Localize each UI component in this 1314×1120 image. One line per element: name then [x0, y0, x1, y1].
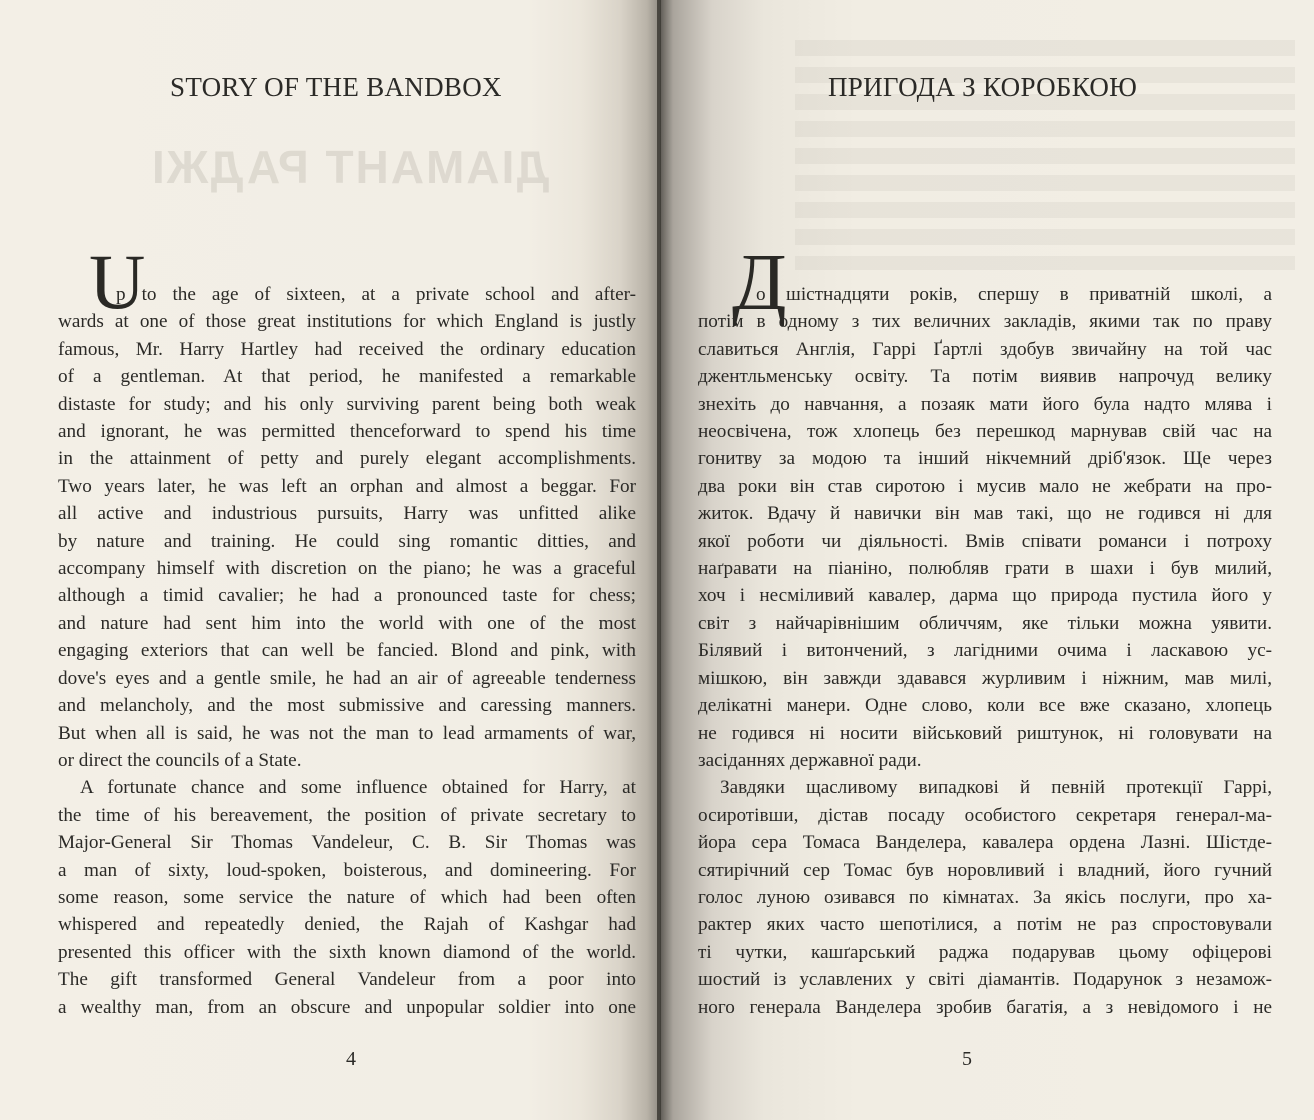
text-line: хоч і несміливий кавалер, дарма що приро…: [698, 582, 1272, 609]
book-spread: ДІАМАНТ РАДЖІ STORY OF THE BANDBOX U p t…: [0, 0, 1314, 1120]
text-line: славиться Англія, Гаррі Ґартлі здобув зв…: [698, 336, 1272, 363]
text-line: якої роботи чи діяльності. Вмів співати …: [698, 528, 1272, 555]
text-line: о шістнадцяти років, спершу в приватній …: [698, 281, 1272, 308]
text-line: engaging exteriors that can well be fanc…: [58, 637, 636, 664]
text-line: and ignorant, he was permitted thencefor…: [58, 418, 636, 445]
text-line: мішкою, він завжди здавався журливим і н…: [698, 665, 1272, 692]
text-line: шостий із уславлених у світі діамантів. …: [698, 966, 1272, 993]
text-line: Major-General Sir Thomas Vandeleur, C. B…: [58, 829, 636, 856]
text-line: of a gentleman. At that period, he manif…: [58, 363, 636, 390]
text-line: although a timid cavalier; he had a pron…: [58, 582, 636, 609]
text-line: accompany himself with discretion on the…: [58, 555, 636, 582]
text-line: неосвічена, тож хлопець без перешкод мар…: [698, 418, 1272, 445]
text-line: ті чутки, кашґарський раджа подарував ць…: [698, 939, 1272, 966]
page-number-left: 4: [346, 1048, 356, 1071]
text-line: in the attainment of petty and purely el…: [58, 445, 636, 472]
text-line: Two years later, he was left an orphan a…: [58, 473, 636, 500]
text-line: wards at one of those great institutions…: [58, 308, 636, 335]
text-line: dove's eyes and a gentle smile, he had a…: [58, 665, 636, 692]
text-line: all active and industrious pursuits, Har…: [58, 500, 636, 527]
book-gutter: [657, 0, 661, 1120]
text-line: потім в одному з тих величних закладів, …: [698, 308, 1272, 335]
text-line: and nature had sent him into the world w…: [58, 610, 636, 637]
bleed-through-title: ДІАМАНТ РАДЖІ: [150, 140, 549, 194]
text-line: ного генерала Ванделера зробив багатія, …: [698, 994, 1272, 1021]
text-line: Завдяки щасливому випадкові й певній про…: [698, 774, 1272, 801]
text-line: A fortunate chance and some influence ob…: [58, 774, 636, 801]
text-line: The gift transformed General Vandeleur f…: [58, 966, 636, 993]
text-line: делікатні манери. Одне слово, коли все в…: [698, 692, 1272, 719]
text-line: світ з найчарівнішим обличчям, яке тільк…: [698, 610, 1272, 637]
text-line: засіданнях державної ради.: [698, 747, 1272, 774]
text-line: p to the age of sixteen, at a private sc…: [58, 281, 636, 308]
text-line: житок. Вдачу й навички він мав такі, що …: [698, 500, 1272, 527]
text-line: But when all is said, he was not the man…: [58, 720, 636, 747]
text-line: the time of his bereavement, the positio…: [58, 802, 636, 829]
text-line: and melancholy, and the most submissive …: [58, 692, 636, 719]
text-line: джентльменську освіту. Та потім виявив н…: [698, 363, 1272, 390]
text-line: йора сера Томаса Ванделера, кавалера орд…: [698, 829, 1272, 856]
page-number-right: 5: [962, 1048, 972, 1071]
text-line: a man of sixty, loud-spoken, boisterous,…: [58, 857, 636, 884]
left-page: ДІАМАНТ РАДЖІ STORY OF THE BANDBOX U p t…: [0, 0, 660, 1120]
text-line: два роки він став сиротою і мусив мало н…: [698, 473, 1272, 500]
text-line: distaste for study; and his only survivi…: [58, 391, 636, 418]
text-line: famous, Mr. Harry Hartley had received t…: [58, 336, 636, 363]
text-line: наґравати на піаніно, полюбляв грати в ш…: [698, 555, 1272, 582]
page-title-english: STORY OF THE BANDBOX: [170, 72, 502, 103]
text-line: рактер яких часто шепотілися, а потім не…: [698, 911, 1272, 938]
text-line: гонитву за модою та інший нікчемний дріб…: [698, 445, 1272, 472]
text-line: Білявий і витончений, з лагідними очима …: [698, 637, 1272, 664]
text-line: голос луною озивався по кімнатах. За які…: [698, 884, 1272, 911]
text-line: by nature and training. He could sing ro…: [58, 528, 636, 555]
text-line: знехіть до навчання, а позаяк мати його …: [698, 391, 1272, 418]
text-line: a wealthy man, from an obscure and unpop…: [58, 994, 636, 1021]
text-line: some reason, some service the nature of …: [58, 884, 636, 911]
text-line: whispered and repeatedly denied, the Raj…: [58, 911, 636, 938]
text-line: не годився ні носити військовий риштунок…: [698, 720, 1272, 747]
text-line: or direct the councils of a State.: [58, 747, 636, 774]
body-text-english: p to the age of sixteen, at a private sc…: [58, 281, 636, 1021]
text-line: осиротівши, дістав посаду особистого сек…: [698, 802, 1272, 829]
body-text-ukrainian: о шістнадцяти років, спершу в приватній …: [698, 281, 1272, 1021]
page-title-ukrainian: ПРИГОДА З КОРОБКОЮ: [828, 72, 1137, 103]
text-line: сятирічний сер Томас був норовливий і вл…: [698, 857, 1272, 884]
text-line: presented this officer with the sixth kn…: [58, 939, 636, 966]
